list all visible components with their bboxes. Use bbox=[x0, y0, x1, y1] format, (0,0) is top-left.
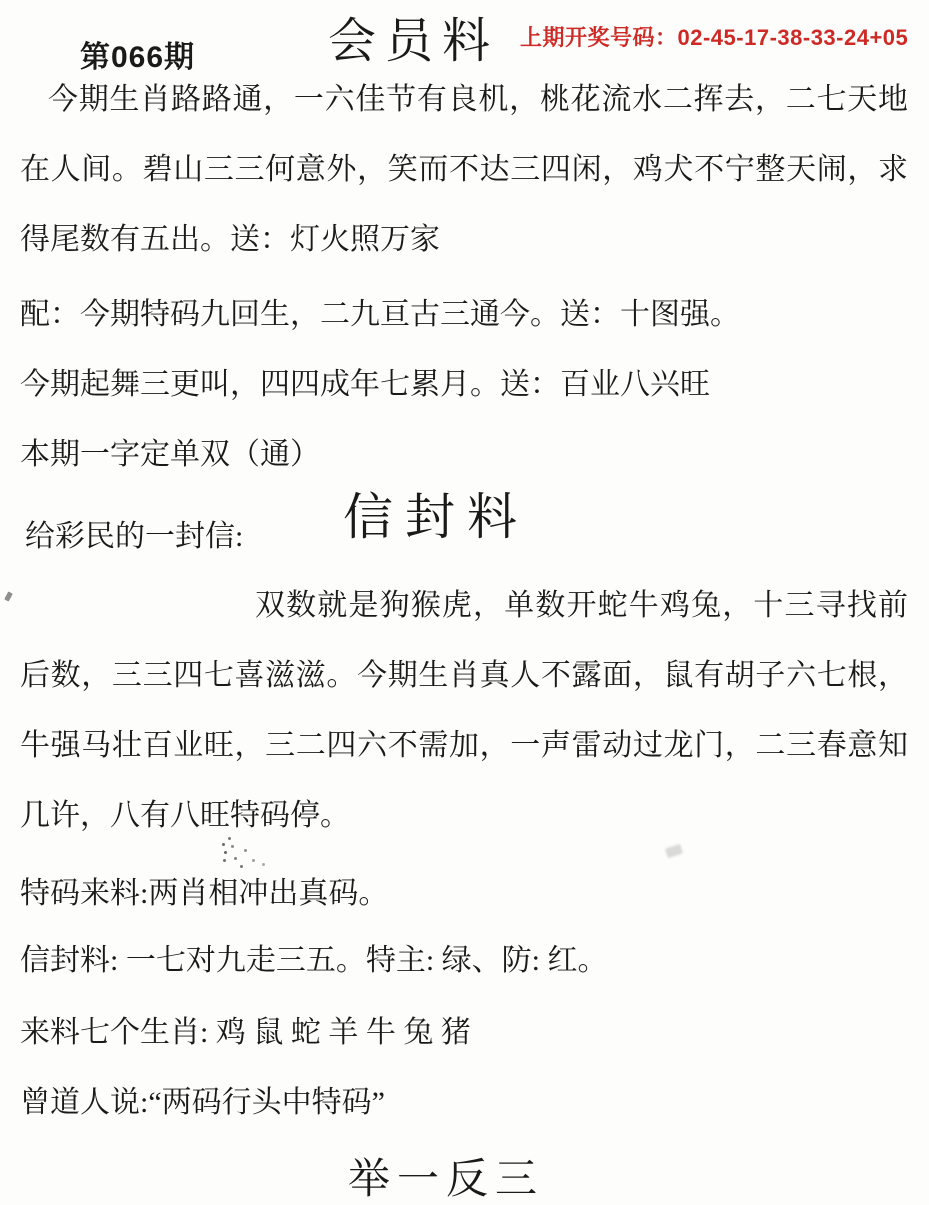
envelope-section-title: 信封料 bbox=[343, 477, 529, 549]
issue-number: 第066期 bbox=[80, 32, 195, 76]
poem-line-2: 在人间。碧山三三何意外，笑而不达三四闲，鸡犬不宁整天闹，求 bbox=[20, 152, 908, 188]
footer-slogan: 举一反三 bbox=[348, 1146, 544, 1205]
poem-line-3: 得尾数有五出。送：灯火照万家 bbox=[20, 222, 908, 258]
quote-line: 曾道人说:“两码行头中特码” bbox=[20, 1085, 908, 1121]
last-draw-numbers: 上期开奖号码：02-45-17-38-33-24+05 bbox=[520, 21, 908, 52]
ink-speckle-smudge bbox=[222, 843, 225, 846]
letter-line-3: 牛强马壮百业旺，三二四六不需加，一声雷动过龙门，二三春意知 bbox=[20, 728, 908, 764]
lottery-tip-sheet: 第066期 会员料 上期开奖号码：02-45-17-38-33-24+05 今期… bbox=[0, 0, 929, 1205]
letter-line-4: 几许，八有八旺特码停。 bbox=[20, 798, 908, 834]
letter-line-2: 后数，三三四七喜滋滋。今期生肖真人不露面，鼠有胡子六七根， bbox=[20, 658, 908, 694]
envelope-tip-line: 信封料: 一七对九走三五。特主: 绿、防: 红。 bbox=[20, 943, 908, 979]
faint-smudge-mark bbox=[665, 844, 683, 858]
poem-line-1: 今期生肖路路通，一六佳节有良机，桃花流水二挥去，二七天地 bbox=[20, 82, 908, 118]
letter-intro-label: 给彩民的一封信: bbox=[25, 511, 243, 555]
letter-line-1: 双数就是狗猴虎，单数开蛇牛鸡兔，十三寻找前 bbox=[20, 588, 908, 624]
pei-line: 配：今期特码九回生，二九亘古三通今。送：十图强。 bbox=[20, 297, 908, 333]
danshuang-line: 本期一字定单双（通） bbox=[20, 437, 908, 473]
special-code-line: 特码来料:两肖相冲出真码。 bbox=[20, 876, 908, 912]
tiny-ink-tick bbox=[4, 591, 13, 601]
zodiac-list-line: 来料七个生肖: 鸡 鼠 蛇 羊 牛 兔 猪 bbox=[20, 1015, 908, 1051]
page-title: 会员料 bbox=[328, 2, 499, 71]
dance-line: 今期起舞三更叫，四四成年七累月。送：百业八兴旺 bbox=[20, 367, 908, 403]
